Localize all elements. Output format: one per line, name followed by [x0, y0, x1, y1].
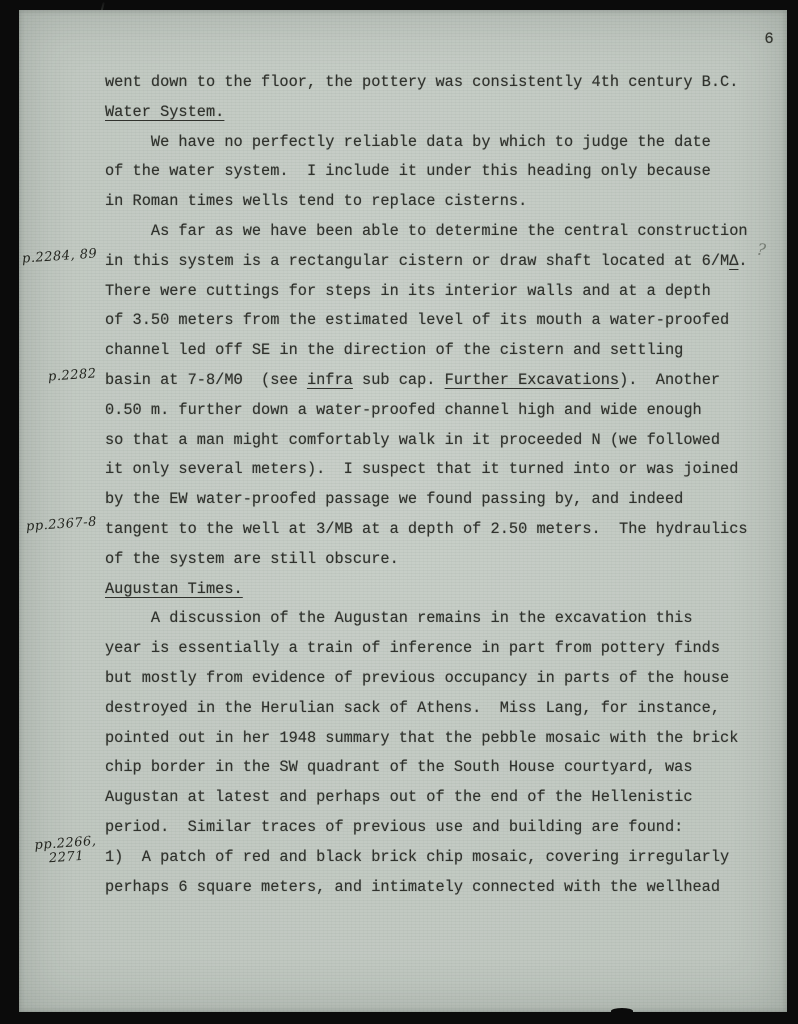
- line-text: pointed out in her 1948 summary that the…: [105, 729, 738, 747]
- scan-edge-notch: [611, 1008, 633, 1014]
- section-heading-augustan-times: Augustan Times.: [105, 575, 767, 605]
- text-line: chip border in the SW quadrant of the So…: [105, 753, 767, 783]
- margin-note-handwritten: p.2284, 89: [21, 247, 97, 266]
- text-line: channel led off SE in the direction of t…: [105, 336, 767, 366]
- line-text: in this system is a rectangular cistern …: [105, 252, 729, 270]
- text-line: 0.50 m. further down a water-proofed cha…: [105, 396, 767, 426]
- line-text: tangent to the well at 3/MB at a depth o…: [105, 520, 748, 538]
- text-line: A discussion of the Augustan remains in …: [105, 604, 767, 634]
- text-line: As far as we have been able to determine…: [105, 217, 767, 247]
- line-text-underlined: infra: [307, 371, 353, 389]
- line-text: Augustan at latest and perhaps out of th…: [105, 788, 693, 806]
- text-line: but mostly from evidence of previous occ…: [105, 664, 767, 694]
- line-text: 1) A patch of red and black brick chip m…: [105, 848, 729, 866]
- line-text: but mostly from evidence of previous occ…: [105, 669, 729, 687]
- text-line: Augustan at latest and perhaps out of th…: [105, 783, 767, 813]
- line-text: of the system are still obscure.: [105, 550, 399, 568]
- line-text: of the water system. I include it under …: [105, 162, 711, 180]
- line-text: destroyed in the Herulian sack of Athens…: [105, 699, 720, 717]
- line-text: .: [738, 252, 747, 270]
- text-line: so that a man might comfortably walk in …: [105, 426, 767, 456]
- margin-note-handwritten: p.2282: [48, 367, 97, 384]
- line-text: 0.50 m. further down a water-proofed cha…: [105, 401, 702, 419]
- line-text: A discussion of the Augustan remains in …: [105, 609, 693, 627]
- text-line: went down to the floor, the pottery was …: [105, 68, 767, 98]
- line-text: period. Similar traces of previous use a…: [105, 818, 683, 836]
- text-line: by the EW water-proofed passage we found…: [105, 485, 767, 515]
- heading-text: Augustan Times.: [105, 580, 243, 598]
- text-line: of 3.50 meters from the estimated level …: [105, 306, 767, 336]
- line-text: As far as we have been able to determine…: [105, 222, 748, 240]
- line-text: ). Another: [619, 371, 720, 389]
- line-text: sub cap.: [353, 371, 445, 389]
- heading-text: Water System.: [105, 103, 224, 121]
- margin-note-handwritten: pp.2266, 2271: [34, 835, 98, 867]
- text-line: perhaps 6 square meters, and intimately …: [105, 873, 767, 903]
- page-text-block: went down to the floor, the pottery was …: [105, 68, 767, 902]
- text-line: pp.2367-8tangent to the well at 3/MB at …: [105, 515, 767, 545]
- text-line: of the water system. I include it under …: [105, 157, 767, 187]
- text-line: period. Similar traces of previous use a…: [105, 813, 767, 843]
- line-text: perhaps 6 square meters, and intimately …: [105, 878, 720, 896]
- line-text: it only several meters). I suspect that …: [105, 460, 738, 478]
- text-line: it only several meters). I suspect that …: [105, 455, 767, 485]
- line-text: We have no perfectly reliable data by wh…: [105, 133, 711, 151]
- text-line: pointed out in her 1948 summary that the…: [105, 724, 767, 754]
- line-text: There were cuttings for steps in its int…: [105, 282, 711, 300]
- text-line: p.2282basin at 7-8/MΘ (see infra sub cap…: [105, 366, 767, 396]
- text-line: in Roman times wells tend to replace cis…: [105, 187, 767, 217]
- line-text: in Roman times wells tend to replace cis…: [105, 192, 527, 210]
- line-text: of 3.50 meters from the estimated level …: [105, 311, 729, 329]
- page-number: 6: [749, 30, 789, 48]
- text-line: year is essentially a train of inference…: [105, 634, 767, 664]
- text-line: of the system are still obscure.: [105, 545, 767, 575]
- typewritten-page: 6 went down to the floor, the pottery wa…: [19, 10, 787, 1012]
- text-line: destroyed in the Herulian sack of Athens…: [105, 694, 767, 724]
- text-line: p.2284, 89in this system is a rectangula…: [105, 247, 767, 277]
- line-text-underlined: Further Excavations: [445, 371, 619, 389]
- line-text: went down to the floor, the pottery was …: [105, 73, 738, 91]
- line-text: by the EW water-proofed passage we found…: [105, 490, 683, 508]
- line-text: year is essentially a train of inference…: [105, 639, 720, 657]
- text-line: pp.2266, 22711) A patch of red and black…: [105, 843, 767, 873]
- line-text: so that a man might comfortably walk in …: [105, 431, 720, 449]
- margin-note-handwritten: pp.2367-8: [26, 515, 98, 534]
- line-text: channel led off SE in the direction of t…: [105, 341, 683, 359]
- text-line: There were cuttings for steps in its int…: [105, 277, 767, 307]
- section-heading-water-system: Water System.: [105, 98, 767, 128]
- text-line: We have no perfectly reliable data by wh…: [105, 128, 767, 158]
- scanned-page-background: { "page_number": "6", "colors": { "paper…: [0, 0, 798, 1024]
- line-text: basin at 7-8/MΘ (see: [105, 371, 307, 389]
- line-text: chip border in the SW quadrant of the So…: [105, 758, 693, 776]
